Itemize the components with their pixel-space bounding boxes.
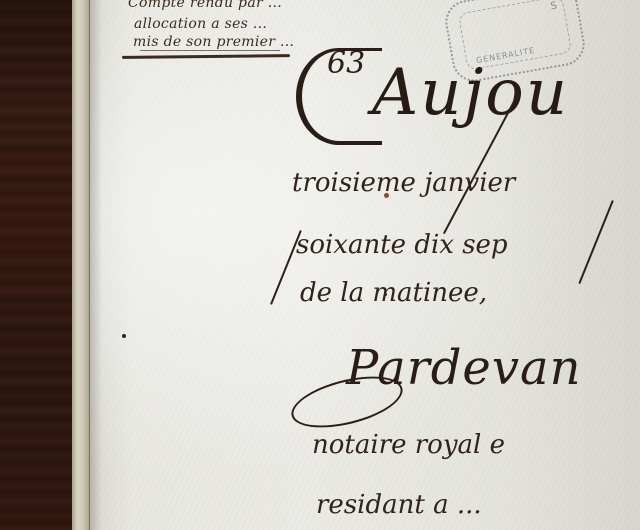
page-edge-shadow xyxy=(90,0,102,530)
body-line-5: notaire royal e xyxy=(312,430,505,460)
margin-note-line-3: mis de son premier ... xyxy=(133,34,294,50)
page-binding-strip xyxy=(72,0,90,530)
rust-spot xyxy=(384,193,389,198)
body-line-3: de la matinee, xyxy=(300,278,487,308)
body-line-1: troisieme janvier xyxy=(292,168,515,198)
body-line-2: soixante dix sep xyxy=(296,230,508,260)
margin-note-line-2: allocation a ses ... xyxy=(134,16,267,32)
folio-number: 63 xyxy=(327,46,365,81)
heading-word: Aujou xyxy=(372,56,569,130)
heading-pardevant: Pardevan xyxy=(346,340,581,396)
margin-note-underline xyxy=(140,50,280,51)
ink-speck xyxy=(122,334,126,338)
margin-note-line-1: Compte rendu par ... xyxy=(128,0,282,11)
body-line-6: residant a ... xyxy=(316,490,482,520)
wooden-table-background xyxy=(0,0,74,530)
ink-speck xyxy=(384,293,387,296)
